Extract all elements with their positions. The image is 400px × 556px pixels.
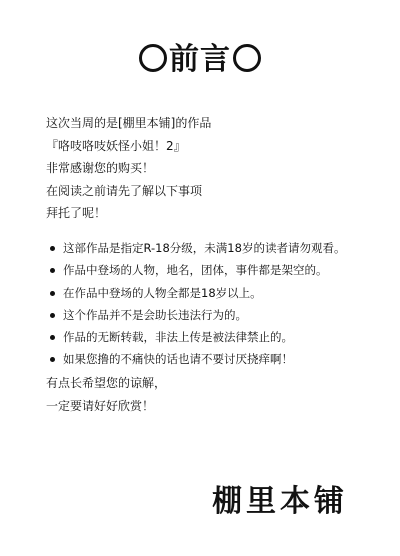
- intro-line: 这次当周的是[棚里本铺]的作品: [46, 112, 211, 135]
- bullet-icon: [50, 357, 55, 362]
- intro-line: 在阅读之前请先了解以下事项: [46, 180, 211, 203]
- notice-text: 这个作品并不是会助长违法行为的。: [63, 308, 247, 322]
- closing-line: 一定要请好好欣赏！: [46, 395, 166, 418]
- bullet-icon: [50, 291, 55, 296]
- notice-text: 如果您撸的不痛快的话也请不要讨厌挠痒啊！: [63, 352, 293, 366]
- intro-line: 『咯吱咯吱妖怪小姐！2』: [46, 135, 211, 158]
- notice-text: 作品的无断转载，非法上传是被法律禁止的。: [63, 330, 293, 344]
- intro-line: 拜托了呢！: [46, 202, 211, 225]
- notice-item: 这部作品是指定R-18分级，未满18岁的读者请勿观看。: [50, 237, 345, 259]
- intro-paragraph: 这次当周的是[棚里本铺]的作品 『咯吱咯吱妖怪小姐！2』 非常感谢您的购买！ 在…: [46, 112, 211, 225]
- notice-text: 作品中登场的人物，地名，团体，事件都是架空的。: [63, 263, 328, 277]
- page-title-text: 前言: [169, 42, 231, 77]
- circle-icon: [139, 44, 167, 72]
- signature: 棚里本铺: [212, 482, 348, 522]
- bullet-icon: [50, 313, 55, 318]
- notice-item: 作品的无断转载，非法上传是被法律禁止的。: [50, 326, 345, 348]
- bullet-icon: [50, 246, 55, 251]
- notice-text: 在作品中登场的人物全都是18岁以上。: [63, 286, 262, 300]
- closing-line: 有点长希望您的谅解，: [46, 372, 166, 395]
- notice-list: 这部作品是指定R-18分级，未满18岁的读者请勿观看。 作品中登场的人物，地名，…: [50, 237, 345, 371]
- notice-item: 在作品中登场的人物全都是18岁以上。: [50, 282, 345, 304]
- notice-item: 如果您撸的不痛快的话也请不要讨厌挠痒啊！: [50, 348, 345, 370]
- page-title: 前言: [0, 38, 400, 82]
- notice-text: 这部作品是指定R-18分级，未满18岁的读者请勿观看。: [63, 241, 345, 255]
- circle-icon: [233, 44, 261, 72]
- closing-paragraph: 有点长希望您的谅解， 一定要请好好欣赏！: [46, 372, 166, 418]
- intro-line: 非常感谢您的购买！: [46, 157, 211, 180]
- notice-item: 这个作品并不是会助长违法行为的。: [50, 304, 345, 326]
- notice-item: 作品中登场的人物，地名，团体，事件都是架空的。: [50, 259, 345, 281]
- bullet-icon: [50, 268, 55, 273]
- bullet-icon: [50, 335, 55, 340]
